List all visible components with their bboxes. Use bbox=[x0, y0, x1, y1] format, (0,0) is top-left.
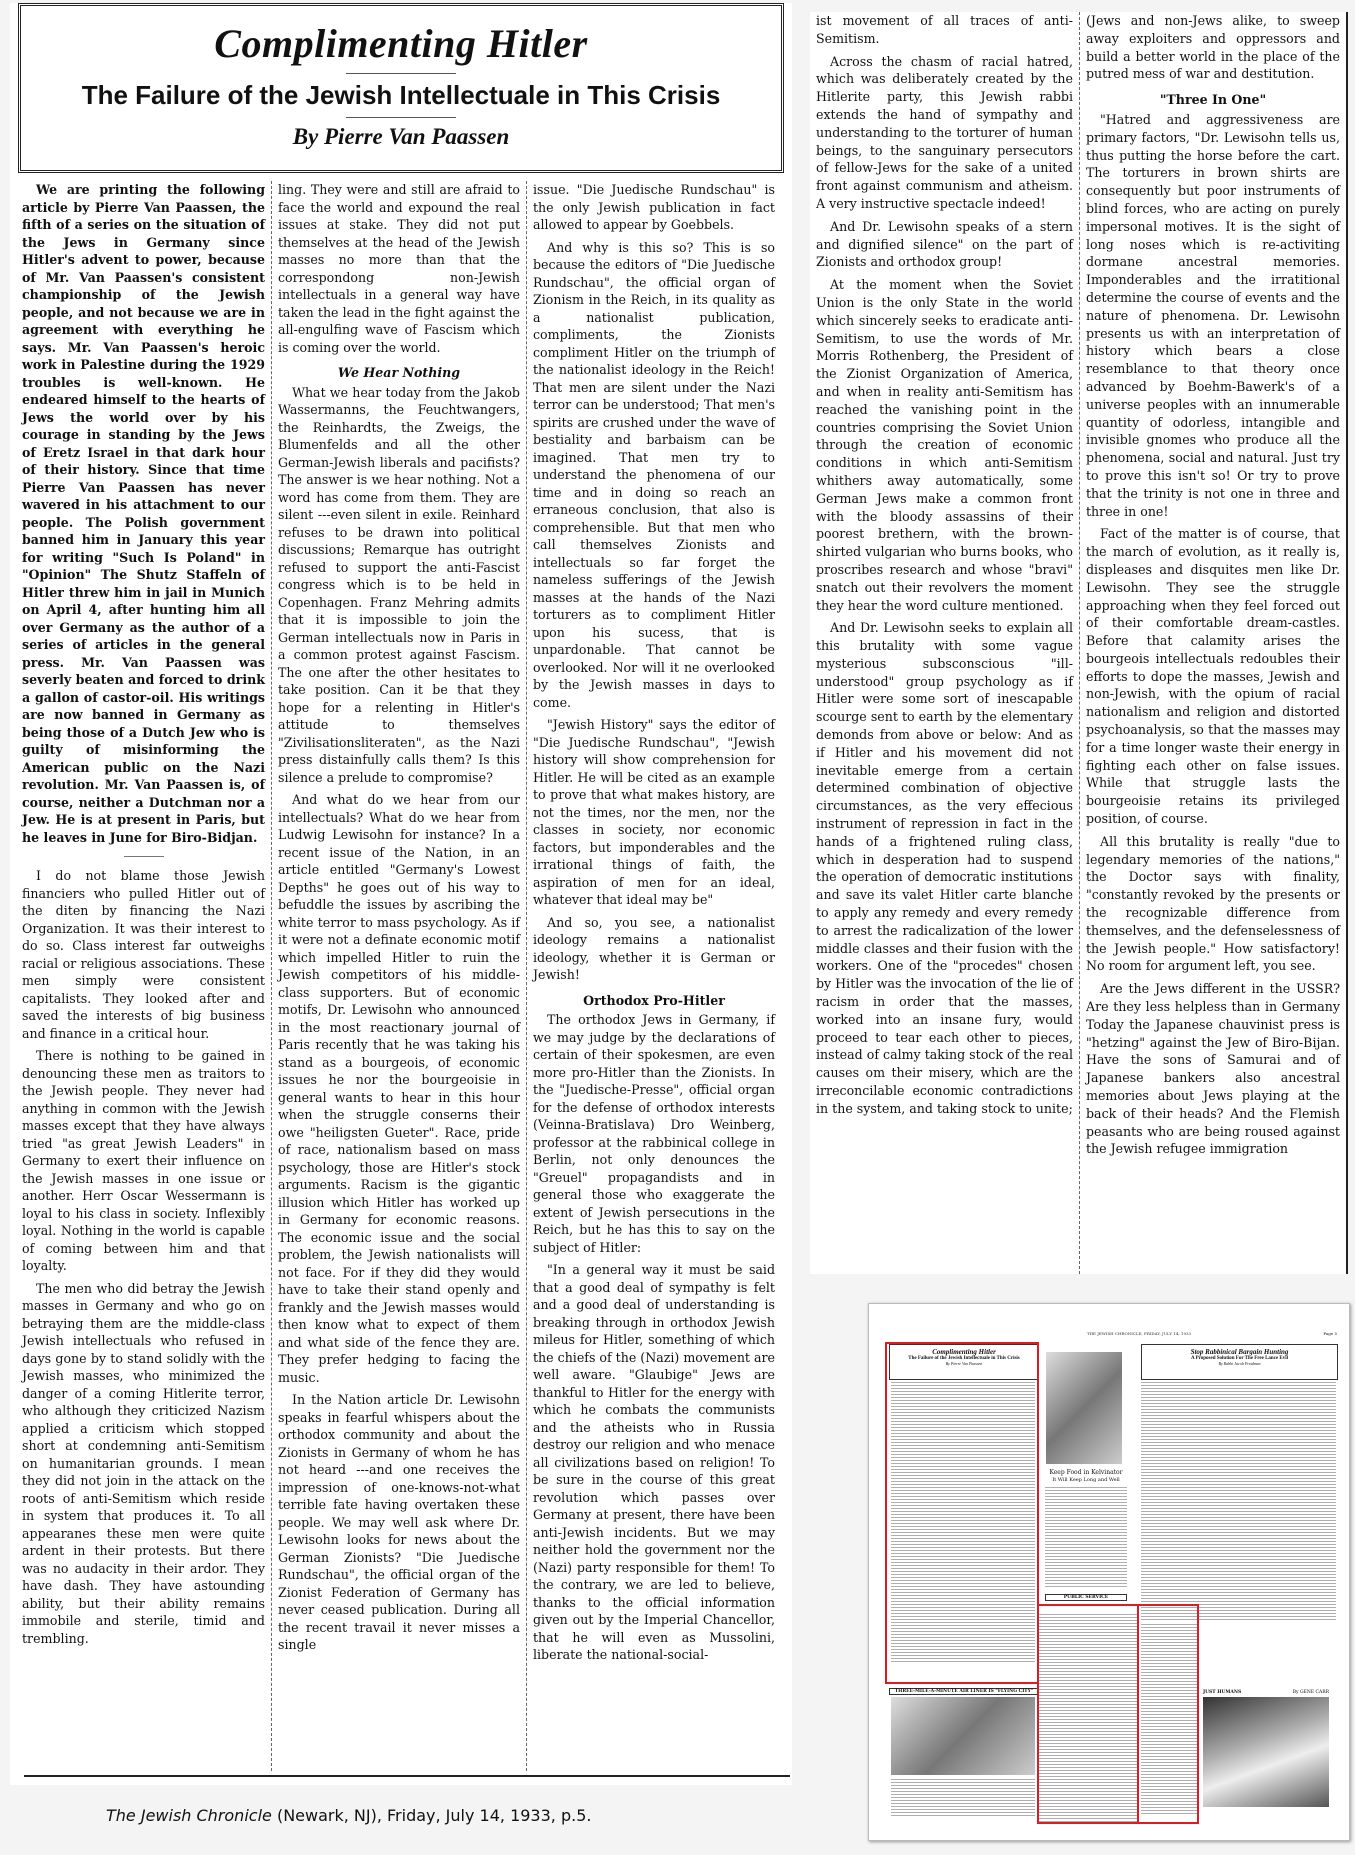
subheading: We Hear Nothing bbox=[278, 364, 520, 382]
headline-box: Complimenting Hitler The Failure of the … bbox=[18, 3, 784, 173]
thumbnail-masthead: THE JEWISH CHRONICLE, FRIDAY, JULY 14, 1… bbox=[939, 1331, 1339, 1336]
thumbnail-page-number: Page 5 bbox=[1323, 1331, 1337, 1336]
thumbnail-ad-title: Keep Food in Kelvinator bbox=[1041, 1469, 1131, 1476]
paragraph: ling. They were and still are afraid to … bbox=[278, 181, 520, 356]
column-1: We are printing the following article by… bbox=[16, 181, 271, 1771]
divider bbox=[24, 1775, 790, 1777]
paragraph: "In a general way it must be said that a… bbox=[533, 1261, 775, 1664]
thumbnail-ad-badge: PUBLIC SERVICE bbox=[1045, 1594, 1127, 1601]
paragraph: There is nothing to be gained in denounc… bbox=[22, 1047, 265, 1275]
paragraph: And Dr. Lewisohn speaks of a stern and d… bbox=[816, 218, 1073, 271]
paragraph: Are the Jews different in the USSR? Are … bbox=[1086, 980, 1340, 1158]
paragraph: Across the chasm of racial hatred, which… bbox=[816, 53, 1073, 213]
full-page-thumbnail: THE JEWISH CHRONICLE, FRIDAY, JULY 14, 1… bbox=[868, 1303, 1350, 1841]
thumbnail-highlight-right bbox=[1137, 1604, 1199, 1824]
paragraph: And Dr. Lewisohn seeks to explain all th… bbox=[816, 619, 1073, 1117]
thumbnail-refrigerator-ad-image bbox=[1046, 1352, 1122, 1464]
thumbnail-photo-title: THREE-MILE-A-MINUTE AIR LINER IS "FLYING… bbox=[889, 1688, 1039, 1695]
divider bbox=[346, 73, 456, 74]
paragraph: The orthodox Jews in Germany, if we may … bbox=[533, 1011, 775, 1256]
column-5: (Jews and non-Jews alike, to sweep away … bbox=[1079, 12, 1348, 1274]
thumbnail-article2-title: Stop Rabbinical Bargain Hunting bbox=[1142, 1348, 1337, 1356]
paragraph: And why is this so? This is so because t… bbox=[533, 239, 775, 712]
article-title: Complimenting Hitler bbox=[21, 20, 781, 67]
thumbnail-highlight-middle bbox=[1037, 1604, 1139, 1824]
article-clipping-left: Complimenting Hitler The Failure of the … bbox=[10, 3, 792, 1785]
thumbnail-highlight-left bbox=[885, 1342, 1039, 1684]
paragraph: I do not blame those Jewish financiers w… bbox=[22, 867, 265, 1042]
divider bbox=[124, 856, 164, 857]
thumbnail-cartoon-artist: By GENE CARR bbox=[1289, 1690, 1329, 1695]
paragraph: The men who did betray the Jewish masses… bbox=[22, 1280, 265, 1648]
thumbnail-article2-headline: Stop Rabbinical Bargain Hunting A Propos… bbox=[1141, 1344, 1338, 1380]
thumbnail-text-block bbox=[1141, 1382, 1336, 1622]
thumbnail-text-block bbox=[1045, 1487, 1127, 1587]
editor-note: We are printing the following article by… bbox=[22, 181, 265, 846]
paragraph: "Hatred and aggressiveness are primary f… bbox=[1086, 111, 1340, 520]
paragraph: In the Nation article Dr. Lewisohn speak… bbox=[278, 1391, 520, 1654]
publication-name: The Jewish Chronicle bbox=[106, 1806, 272, 1825]
column-3: issue. "Die Juedische Rundschau" is the … bbox=[526, 181, 781, 1771]
paragraph: At the moment when the Soviet Union is t… bbox=[816, 276, 1073, 614]
paragraph: ist movement of all traces of anti-Semit… bbox=[816, 12, 1073, 48]
paragraph: All this brutality is really "due to leg… bbox=[1086, 833, 1340, 975]
paragraph: issue. "Die Juedische Rundschau" is the … bbox=[533, 181, 775, 234]
thumbnail-airliner-photo bbox=[891, 1697, 1035, 1775]
subheading: "Three In One" bbox=[1086, 91, 1340, 109]
source-caption: The Jewish Chronicle (Newark, NJ), Frida… bbox=[106, 1806, 591, 1825]
thumbnail-cartoon-title: JUST HUMANS bbox=[1203, 1690, 1243, 1695]
column-4: ist movement of all traces of anti-Semit… bbox=[810, 12, 1079, 1274]
divider bbox=[346, 117, 456, 118]
article-columns: We are printing the following article by… bbox=[16, 181, 788, 1771]
column-2: ling. They were and still are afraid to … bbox=[271, 181, 526, 1771]
subheading: Orthodox Pro-Hitler bbox=[533, 992, 775, 1010]
paragraph: (Jews and non-Jews alike, to sweep away … bbox=[1086, 12, 1340, 83]
article-subtitle: The Failure of the Jewish Intellectuale … bbox=[21, 80, 781, 111]
article-clipping-right: ist movement of all traces of anti-Semit… bbox=[810, 12, 1348, 1274]
thumbnail-ad-subtitle: It Will Keep Long and Well bbox=[1041, 1477, 1131, 1483]
thumbnail-article2-byline: By Rabbi Jacob Freidman bbox=[1142, 1361, 1337, 1366]
publication-details: (Newark, NJ), Friday, July 14, 1933, p.5… bbox=[272, 1806, 592, 1825]
paragraph: And what do we hear from our intellectua… bbox=[278, 791, 520, 1386]
thumbnail-cartoon-image bbox=[1203, 1697, 1329, 1807]
paragraph: What we hear today from the Jakob Wasser… bbox=[278, 384, 520, 787]
article-byline: By Pierre Van Paassen bbox=[21, 124, 781, 150]
paragraph: "Jewish History" says the editor of "Die… bbox=[533, 716, 775, 909]
thumbnail-text-block bbox=[891, 1779, 1035, 1817]
paragraph: Fact of the matter is of course, that th… bbox=[1086, 525, 1340, 828]
paragraph: And so, you see, a nationalist ideology … bbox=[533, 914, 775, 984]
